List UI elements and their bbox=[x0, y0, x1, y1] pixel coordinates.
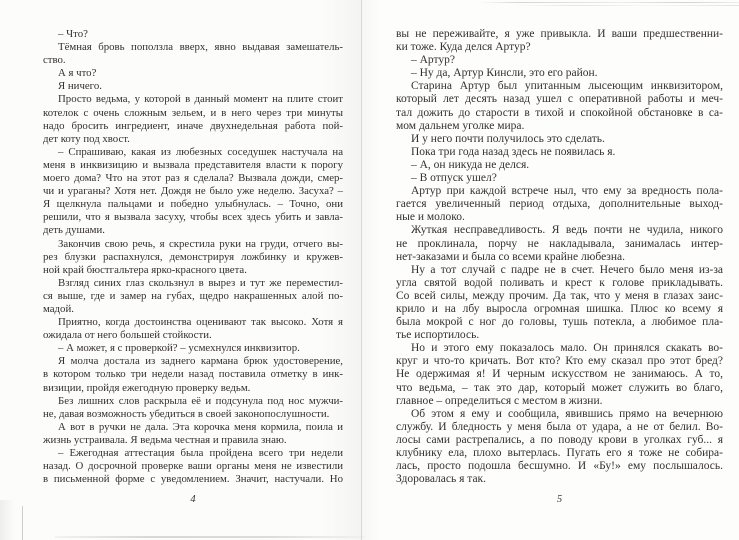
text-line: жизнь устраивала. Я ведьма честная и пра… bbox=[43, 434, 343, 447]
text-line: угла святой водой поливать и крест к гол… bbox=[396, 277, 723, 290]
text-line: Я ничего. bbox=[43, 80, 343, 93]
text-line: – А, он никуда не делся. bbox=[396, 159, 723, 172]
right-page-number: 5 bbox=[396, 494, 723, 505]
text-line: рез блузки распахнулся, демонстрируя лож… bbox=[43, 251, 343, 264]
left-page-text: – Что?Тёмная бровь поползла вверх, явно … bbox=[43, 28, 343, 486]
text-line: была мокрой с ног до головы, тушь потекл… bbox=[396, 316, 723, 329]
text-line: – Артур? bbox=[396, 54, 723, 67]
text-line: Взгляд синих глаз скользнул в вырез и ту… bbox=[43, 277, 343, 290]
text-line: мадой. bbox=[43, 303, 343, 316]
text-line: Ну а тот случай с падре не в счет. Нечег… bbox=[396, 264, 723, 277]
right-page-text: вы не переживайте, я уже привыкла. И ваш… bbox=[396, 28, 723, 486]
text-line: решили, что я вызвала засуху, чтобы всех… bbox=[43, 211, 343, 224]
text-line: надо бросить ингредиент, иначе двухнедел… bbox=[43, 120, 343, 133]
text-line: в письменной форме с уведомлением. Значи… bbox=[43, 473, 343, 486]
text-line: гается увеличенный период отдыха, дополн… bbox=[396, 198, 723, 211]
text-line: А я что? bbox=[43, 67, 343, 80]
text-line: меня в инквизицию и вызвала представител… bbox=[43, 159, 343, 172]
text-line: ся выше, где и замер на губах, щедро нак… bbox=[43, 290, 343, 303]
text-line: Старина Артур был упитанным лысеющим инк… bbox=[396, 80, 723, 93]
text-line: – Спрашиваю, какая из любезных соседушек… bbox=[43, 146, 343, 159]
text-line: Жуткая несправедливость. Я ведь почти не… bbox=[396, 224, 723, 237]
text-line: в котором только три недели назад постав… bbox=[43, 368, 343, 381]
text-line: мом дальнем уголке мира. bbox=[396, 120, 723, 133]
book-scan-spread: { "book": { "left_page": { "number": "4"… bbox=[0, 0, 739, 540]
text-line: Просто ведьма, у которой в данный момент… bbox=[43, 93, 343, 106]
left-page-number: 4 bbox=[43, 494, 343, 505]
text-line: Без лишних слов раскрыла её и подсунула … bbox=[43, 395, 343, 408]
text-line: – А может, я с проверкой? – усмехнулся и… bbox=[43, 342, 343, 355]
text-line: лась, просто подошла бесшумно. И «Бу!» е… bbox=[396, 460, 723, 473]
text-line: Пока три года назад здесь не появилась я… bbox=[396, 146, 723, 159]
text-line: Закончив свою речь, я скрестила руки на … bbox=[43, 238, 343, 251]
text-line: Я молча достала из заднего кармана брюк … bbox=[43, 355, 343, 368]
text-line: визиции, пройдя ежегодную проверку ведьм… bbox=[43, 382, 343, 395]
text-line: ожидала от него большей стойкости. bbox=[43, 329, 343, 342]
text-line: не проклинала, порчу не накладывала, зан… bbox=[396, 238, 723, 251]
text-line: моего дома? Что на этот раз я сделала? В… bbox=[43, 172, 343, 185]
text-line: Со всей силы, между прочим. Да так, что … bbox=[396, 290, 723, 303]
text-line: Артур при каждой встрече ныл, что ему за… bbox=[396, 185, 723, 198]
text-line: тье испортилось. bbox=[396, 329, 723, 342]
text-line: службу. И бледность у меня была от удара… bbox=[396, 421, 723, 434]
text-line: – Что? bbox=[43, 28, 343, 41]
text-line: нет-заказами и была со всеми крайне любе… bbox=[396, 251, 723, 264]
page-gutter-shadow bbox=[361, 0, 362, 540]
text-line: Но и этого ему показалось мало. Он приня… bbox=[396, 342, 723, 355]
text-line: дет коту под хвост. bbox=[43, 133, 343, 146]
text-line: котелок с очень сложным зельем, и в него… bbox=[43, 107, 343, 120]
text-line: крило и на лбу выросла огромная шишка. П… bbox=[396, 303, 723, 316]
text-line: не, давая возможность убедиться в своей … bbox=[43, 408, 343, 421]
text-line: вы не переживайте, я уже привыкла. И ваш… bbox=[396, 28, 723, 41]
text-line: чи и ураганы? Хотя нет. Дождя не было уж… bbox=[43, 185, 343, 198]
text-line: клубнику ела, плохо вытерлась. Пугать ег… bbox=[396, 447, 723, 460]
text-line: главное – определиться с местом в жизни. bbox=[396, 395, 723, 408]
text-line: И у него почти получилось это сделать. bbox=[396, 133, 723, 146]
text-line: ные и молоко. bbox=[396, 211, 723, 224]
text-line: Я щелкнула пальцами и победно улыбнулась… bbox=[43, 198, 343, 211]
text-line: Приятно, когда достоинства оценивают так… bbox=[43, 316, 343, 329]
text-line: что ведьма, – так это дар, который может… bbox=[396, 382, 723, 395]
text-line: – Ежегодная аттестация была пройдена все… bbox=[43, 447, 343, 460]
text-line: тал дожить до старости в тихой и спокойн… bbox=[396, 107, 723, 120]
text-line: Здоровалась я так. bbox=[396, 473, 723, 486]
text-line: лосы сами растрепались, а по поводу кров… bbox=[396, 434, 723, 447]
text-line: деть душами. bbox=[43, 224, 343, 237]
text-line: назад. О досрочной проверке ваши органы … bbox=[43, 460, 343, 473]
text-line: круг и что-то кричать. Вот кто? Кто ему … bbox=[396, 355, 723, 368]
text-line: который лет десять назад ушел с оператив… bbox=[396, 93, 723, 106]
text-line: Тёмная бровь поползла вверх, явно выдава… bbox=[43, 41, 343, 54]
text-line: Об этом я ему и сообщила, явившись прямо… bbox=[396, 408, 723, 421]
text-line: ки тоже. Куда делся Артур? bbox=[396, 41, 723, 54]
text-line: – В отпуск ушел? bbox=[396, 172, 723, 185]
text-line: ной край бюстгальтера ярко-красного цвет… bbox=[43, 264, 343, 277]
text-line: – Ну да, Артур Кинсли, это его район. bbox=[396, 67, 723, 80]
text-line: ство. bbox=[43, 54, 343, 67]
text-line: Не одержимая я! И черным искусством не з… bbox=[396, 368, 723, 381]
text-line: А вот в ручки не дала. Эта корочка меня … bbox=[43, 421, 343, 434]
